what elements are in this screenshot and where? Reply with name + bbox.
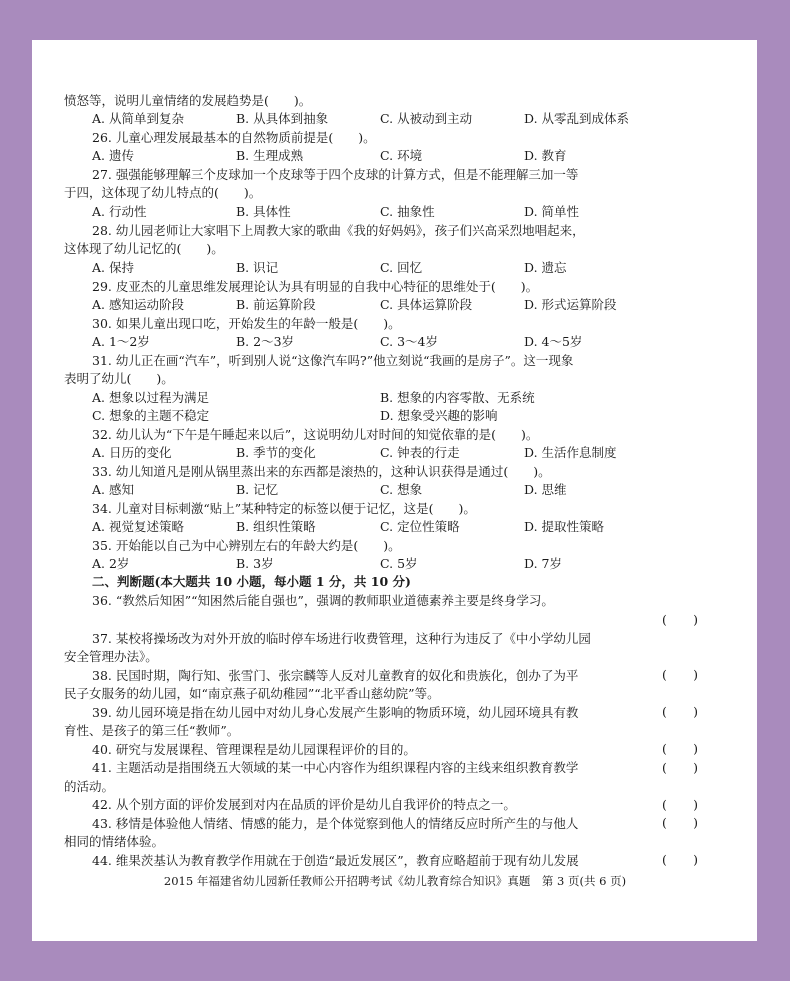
q32-option-b: B. 季节的变化 [236,444,316,462]
page-footer: 2015 年福建省幼儿园新任教师公开招聘考试《幼儿教育综合知识》真题 第 3 页… [0,873,790,889]
q30-option-a: A. 1～2岁 [92,333,150,351]
q34-option-a: A. 视觉复述策略 [92,518,184,536]
q28-option-d: D. 遗忘 [524,259,567,277]
q26-stem: 26. 儿童心理发展最基本的自然物质前提是( )。 [92,129,376,147]
q25-option-d: D. 从零乱到成体系 [524,110,629,128]
q27-option-d: D. 简单性 [524,203,579,221]
q41-line1: 41. 主题活动是指围绕五大领域的某一中心内容作为组织课程内容的主线来组织教育教… [92,759,578,777]
q35-option-b: B. 3岁 [236,555,274,573]
q41-line2-row: 的活动。 () [64,778,698,796]
q27-stem-cont: 于四，这体现了幼儿特点的( )。 [64,184,261,202]
q34-option-c: C. 定位性策略 [380,518,460,536]
q43-line2-row: 相同的情绪体验。 () [64,833,698,851]
q31-option-d: D. 想象受兴趣的影响 [380,407,498,425]
q25-option-b: B. 从具体到抽象 [236,110,328,128]
q29-stem: 29. 皮亚杰的儿童思维发展理论认为具有明显的自我中心特征的思维处于( )。 [92,278,538,296]
q31-option-a: A. 想象以过程为满足 [92,389,209,407]
q28-stem: 28. 幼儿园老师让大家唱下上周教大家的歌曲《我的好妈妈》，孩子们兴高采烈地唱起… [92,222,585,240]
q25-option-c: C. 从被动到主动 [380,110,472,128]
q32-option-a: A. 日历的变化 [92,444,171,462]
q44-line1: 44. 维果茨基认为教育教学作用就在于创造“最近发展区”，教育应略超前于现有幼儿… [92,852,579,870]
q28-option-c: C. 回忆 [380,259,422,277]
q25-stem-end: 愤怒等，说明儿童情绪的发展趋势是( )。 [64,92,311,110]
q34-stem: 34. 儿童对目标刺激“贴上”某种特定的标签以便于记忆，这是( )。 [92,500,476,518]
q30-option-c: C. 3～4岁 [380,333,438,351]
q38-answer-blank: () [662,703,698,721]
q34-option-b: B. 组织性策略 [236,518,316,536]
q26-option-a: A. 遗传 [92,147,134,165]
q29-option-b: B. 前运算阶段 [236,296,316,314]
q28-option-b: B. 识记 [236,259,278,277]
q32-stem: 32. 幼儿认为“下午是午睡起来以后”，这说明幼儿对时间的知觉依靠的是( )。 [92,426,538,444]
q31-stem: 31. 幼儿正在画“汽车”，听到别人说“这像汽车吗?”他立刻说“我画的是房子”。… [92,352,573,370]
q38-line1: 38. 民国时期，陶行知、张雪门、张宗麟等人反对儿童教育的奴化和贵族化，创办了为… [92,667,578,685]
q32-option-c: C. 钟表的行走 [380,444,460,462]
q42-answer-blank: () [662,814,698,832]
q39-line2: 育性、是孩子的第三任“教师”。 [64,723,239,738]
q27-option-c: C. 抽象性 [380,203,435,221]
q33-stem: 33. 幼儿知道凡是刚从锅里蒸出来的东西都是滚热的，这种认识获得是通过( )。 [92,463,551,481]
q41-line2: 的活动。 [64,779,114,794]
q42-row: 42. 从个别方面的评价发展到对内在品质的评价是幼儿自我评价的特点之一。 () [92,796,698,814]
q33-option-c: C. 想象 [380,481,422,499]
q25-option-a: A. 从简单到复杂 [92,110,184,128]
q32-option-d: D. 生活作息制度 [524,444,617,462]
q27-stem: 27. 强强能够理解三个皮球加一个皮球等于四个皮球的计算方式，但是不能理解三加一… [92,166,578,184]
q31-option-c: C. 想象的主题不稳定 [92,407,209,425]
q30-stem: 30. 如果儿童出现口吃，开始发生的年龄一般是( )。 [92,315,401,333]
q29-option-d: D. 形式运算阶段 [524,296,617,314]
q27-option-a: A. 行动性 [92,203,146,221]
q39-line1: 39. 幼儿园环境是指在幼儿园中对幼儿身心发展产生影响的物质环境，幼儿园环境具有… [92,704,578,722]
q31-option-b: B. 想象的内容零散、无系统 [380,389,535,407]
q30-option-d: D. 4～5岁 [524,333,582,351]
q37-line1: 37. 某校将操场改为对外开放的临时停车场进行收费管理，这种行为违反了《中小学幼… [92,630,591,648]
q28-stem-cont: 这体现了幼儿记忆的( )。 [64,240,224,258]
q28-option-a: A. 保持 [92,259,134,277]
q34-option-d: D. 提取性策略 [524,518,604,536]
q43-line1: 43. 移情是体验他人情绪、情感的能力，是个体觉察到他人的情绪反应时所产生的与他… [92,815,578,833]
q26-option-b: B. 生理成熟 [236,147,303,165]
q37-line2: 安全管理办法》。 [64,649,158,664]
q36-line1: 36. “教然后知困”“知困然后能自强也”，强调的教师职业道德素养主要是终身学习… [92,592,554,610]
q40-row: 40. 研究与发展课程、管理课程是幼儿园课程评价的目的。 () [92,741,698,759]
q35-option-d: D. 7岁 [524,555,562,573]
q35-option-a: A. 2岁 [92,555,129,573]
q27-option-b: B. 具体性 [236,203,291,221]
q35-stem: 35. 开始能以自己为中心辨别左右的年龄大约是( )。 [92,537,401,555]
q40-answer-blank: () [662,759,698,777]
q40-line1: 40. 研究与发展课程、管理课程是幼儿园课程评价的目的。 [92,742,416,757]
q33-option-a: A. 感知 [92,481,134,499]
q29-option-a: A. 感知运动阶段 [92,296,184,314]
q38-line2-row: 民子女服务的幼儿园，如“南京燕子矶幼稚园”“北平香山慈幼院”等。 () [64,685,698,703]
q38-line2: 民子女服务的幼儿园，如“南京燕子矶幼稚园”“北平香山慈幼院”等。 [64,686,440,701]
q43-line2: 相同的情绪体验。 [64,834,164,849]
q30-option-b: B. 2～3岁 [236,333,294,351]
q26-option-c: C. 环境 [380,147,422,165]
q33-option-b: B. 记忆 [236,481,278,499]
q31-stem-cont: 表明了幼儿( )。 [64,370,174,388]
q37-answer-blank: () [662,666,698,684]
q42-line1: 42. 从个别方面的评价发展到对内在品质的评价是幼儿自我评价的特点之一。 [92,797,516,812]
q26-option-d: D. 教育 [524,147,567,165]
q33-option-d: D. 思维 [524,481,567,499]
q39-line2-row: 育性、是孩子的第三任“教师”。 () [64,722,698,740]
section-heading-judgement: 二、判断题(本大题共 10 小题，每小题 1 分，共 10 分) [92,573,411,591]
q36-answer-blank: () [662,611,698,629]
q36-answer-row: () [64,611,698,629]
q37-line2-row: 安全管理办法》。 () [64,648,698,666]
q29-option-c: C. 具体运算阶段 [380,296,472,314]
q35-option-c: C. 5岁 [380,555,418,573]
q43-answer-blank: () [662,851,698,869]
